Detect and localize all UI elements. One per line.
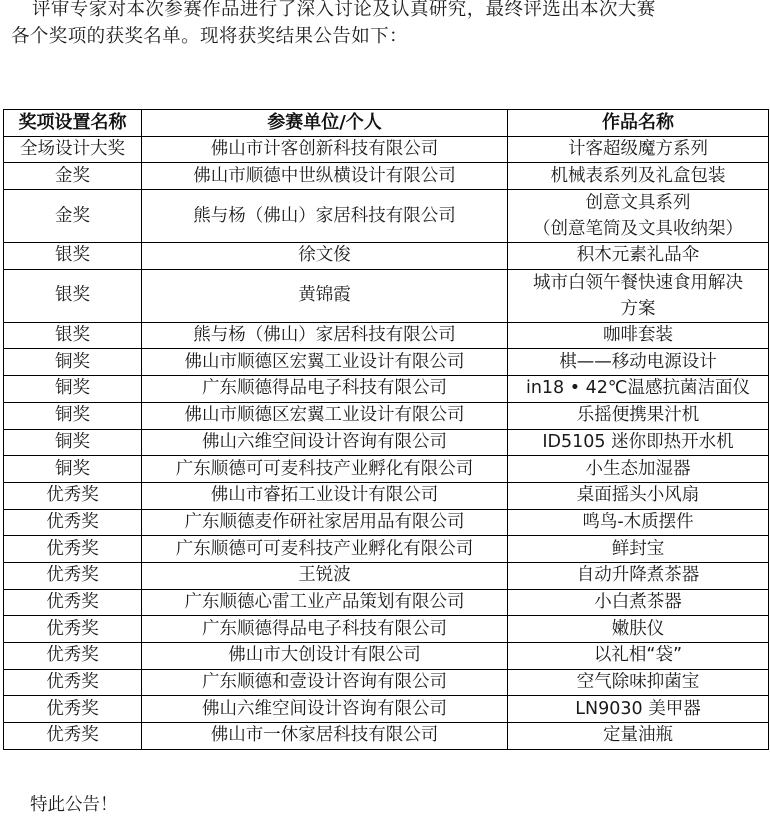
work-cell: 空气除味抑菌宝 bbox=[508, 669, 769, 696]
table-row: 银奖 熊与杨（佛山）家居科技有限公司 咖啡套装 bbox=[4, 322, 769, 349]
work-cell: 嫩肤仪 bbox=[508, 616, 769, 643]
award-cell: 铜奖 bbox=[4, 402, 142, 429]
table-row: 优秀奖 广东顺德可可麦科技产业孵化有限公司 鲜封宝 bbox=[4, 536, 769, 563]
entrant-cell: 佛山市计客创新科技有限公司 bbox=[142, 136, 508, 163]
work-cell: 定量油瓶 bbox=[508, 723, 769, 750]
award-cell: 铜奖 bbox=[4, 349, 142, 376]
entrant-cell: 熊与杨（佛山）家居科技有限公司 bbox=[142, 190, 508, 243]
work-cell: 小生态加湿器 bbox=[508, 456, 769, 483]
awards-table: 奖项设置名称 参赛单位/个人 作品名称 全场设计大奖 佛山市计客创新科技有限公司… bbox=[3, 109, 769, 750]
entrant-cell: 佛山市睿拓工业设计有限公司 bbox=[142, 482, 508, 509]
entrant-cell: 广东顺德心雷工业产品策划有限公司 bbox=[142, 589, 508, 616]
table-row: 优秀奖 王锐波 自动升降煮茶器 bbox=[4, 562, 769, 589]
table-row: 优秀奖 广东顺德麦作研社家居用品有限公司 鸣鸟-木质摆件 bbox=[4, 509, 769, 536]
entrant-cell: 佛山六维空间设计咨询有限公司 bbox=[142, 696, 508, 723]
award-cell: 优秀奖 bbox=[4, 643, 142, 670]
table-row: 铜奖 广东顺德可可麦科技产业孵化有限公司 小生态加湿器 bbox=[4, 456, 769, 483]
entrant-cell: 佛山六维空间设计咨询有限公司 bbox=[142, 429, 508, 456]
work-line-1: 创意文具系列 bbox=[510, 190, 766, 216]
table-row: 全场设计大奖 佛山市计客创新科技有限公司 计客超级魔方系列 bbox=[4, 136, 769, 163]
entrant-cell: 王锐波 bbox=[142, 562, 508, 589]
entrant-cell: 广东顺德得品电子科技有限公司 bbox=[142, 616, 508, 643]
work-cell: 以礼相“袋” bbox=[508, 643, 769, 670]
award-cell: 铜奖 bbox=[4, 429, 142, 456]
award-cell: 优秀奖 bbox=[4, 616, 142, 643]
work-line-1: 城市白领午餐快速食用解决 bbox=[510, 270, 766, 296]
award-cell: 银奖 bbox=[4, 322, 142, 349]
work-line-2: （创意笔筒及文具收纳架） bbox=[510, 216, 766, 242]
work-cell: 自动升降煮茶器 bbox=[508, 562, 769, 589]
award-cell: 铜奖 bbox=[4, 456, 142, 483]
work-cell: 咖啡套装 bbox=[508, 322, 769, 349]
entrant-cell: 佛山市大创设计有限公司 bbox=[142, 643, 508, 670]
table-row: 优秀奖 广东顺德得品电子科技有限公司 嫩肤仪 bbox=[4, 616, 769, 643]
entrant-cell: 广东顺德可可麦科技产业孵化有限公司 bbox=[142, 536, 508, 563]
work-cell: 创意文具系列 （创意笔筒及文具收纳架） bbox=[508, 190, 769, 243]
entrant-cell: 广东顺德麦作研社家居用品有限公司 bbox=[142, 509, 508, 536]
work-cell: 城市白领午餐快速食用解决 方案 bbox=[508, 269, 769, 322]
entrant-cell: 熊与杨（佛山）家居科技有限公司 bbox=[142, 322, 508, 349]
work-cell: LN9030 美甲器 bbox=[508, 696, 769, 723]
work-cell: 小白煮茶器 bbox=[508, 589, 769, 616]
table-header-row: 奖项设置名称 参赛单位/个人 作品名称 bbox=[4, 110, 769, 137]
award-cell: 金奖 bbox=[4, 163, 142, 190]
entrant-cell: 佛山市顺德区宏翼工业设计有限公司 bbox=[142, 349, 508, 376]
table-row: 优秀奖 佛山六维空间设计咨询有限公司 LN9030 美甲器 bbox=[4, 696, 769, 723]
work-cell: 积木元素礼品伞 bbox=[508, 243, 769, 270]
entrant-cell: 黄锦霞 bbox=[142, 269, 508, 322]
table-row: 优秀奖 佛山市睿拓工业设计有限公司 桌面摇头小风扇 bbox=[4, 482, 769, 509]
entrant-cell: 佛山市顺德区宏翼工业设计有限公司 bbox=[142, 402, 508, 429]
work-cell: 鲜封宝 bbox=[508, 536, 769, 563]
award-cell: 铜奖 bbox=[4, 376, 142, 403]
work-cell: 棋——移动电源设计 bbox=[508, 349, 769, 376]
award-cell: 银奖 bbox=[4, 269, 142, 322]
award-cell: 优秀奖 bbox=[4, 562, 142, 589]
entrant-cell: 徐文俊 bbox=[142, 243, 508, 270]
award-cell: 优秀奖 bbox=[4, 509, 142, 536]
work-cell: 机械表系列及礼盒包装 bbox=[508, 163, 769, 190]
header-entrant: 参赛单位/个人 bbox=[142, 110, 508, 137]
table-row: 优秀奖 佛山市大创设计有限公司 以礼相“袋” bbox=[4, 643, 769, 670]
table-row: 银奖 黄锦霞 城市白领午餐快速食用解决 方案 bbox=[4, 269, 769, 322]
table-row: 优秀奖 佛山市一休家居科技有限公司 定量油瓶 bbox=[4, 723, 769, 750]
award-cell: 优秀奖 bbox=[4, 589, 142, 616]
entrant-cell: 广东顺德可可麦科技产业孵化有限公司 bbox=[142, 456, 508, 483]
closing-statement: 特此公告！ bbox=[30, 794, 118, 816]
entrant-cell: 广东顺德和壹设计咨询有限公司 bbox=[142, 669, 508, 696]
intro-line-2: 各个奖项的获奖名单。现将获奖结果公告如下： bbox=[11, 23, 408, 50]
entrant-cell: 佛山市一休家居科技有限公司 bbox=[142, 723, 508, 750]
entrant-cell: 广东顺德得品电子科技有限公司 bbox=[142, 376, 508, 403]
header-work-title: 作品名称 bbox=[508, 110, 769, 137]
work-cell: ID5105 迷你即热开水机 bbox=[508, 429, 769, 456]
award-cell: 银奖 bbox=[4, 243, 142, 270]
award-cell: 优秀奖 bbox=[4, 669, 142, 696]
intro-line-1: 评审专家对本次参赛作品进行了深入讨论及认真研究，最终评选出本次大赛 bbox=[32, 0, 656, 23]
work-line-2: 方案 bbox=[510, 296, 766, 322]
award-cell: 金奖 bbox=[4, 190, 142, 243]
work-cell: 计客超级魔方系列 bbox=[508, 136, 769, 163]
table-row: 优秀奖 广东顺德心雷工业产品策划有限公司 小白煮茶器 bbox=[4, 589, 769, 616]
work-cell: 桌面摇头小风扇 bbox=[508, 482, 769, 509]
table-row: 铜奖 佛山市顺德区宏翼工业设计有限公司 乐摇便携果汁机 bbox=[4, 402, 769, 429]
work-cell: 鸣鸟-木质摆件 bbox=[508, 509, 769, 536]
award-cell: 优秀奖 bbox=[4, 696, 142, 723]
table-row: 金奖 佛山市顺德中世纵横设计有限公司 机械表系列及礼盒包装 bbox=[4, 163, 769, 190]
award-cell: 优秀奖 bbox=[4, 723, 142, 750]
table-row: 金奖 熊与杨（佛山）家居科技有限公司 创意文具系列 （创意笔筒及文具收纳架） bbox=[4, 190, 769, 243]
table-row: 优秀奖 广东顺德和壹设计咨询有限公司 空气除味抑菌宝 bbox=[4, 669, 769, 696]
award-cell: 全场设计大奖 bbox=[4, 136, 142, 163]
work-cell: in18 • 42℃温感抗菌洁面仪 bbox=[508, 376, 769, 403]
header-award-category: 奖项设置名称 bbox=[4, 110, 142, 137]
work-cell: 乐摇便携果汁机 bbox=[508, 402, 769, 429]
table-row: 铜奖 佛山市顺德区宏翼工业设计有限公司 棋——移动电源设计 bbox=[4, 349, 769, 376]
table-row: 铜奖 广东顺德得品电子科技有限公司 in18 • 42℃温感抗菌洁面仪 bbox=[4, 376, 769, 403]
award-cell: 优秀奖 bbox=[4, 482, 142, 509]
award-cell: 优秀奖 bbox=[4, 536, 142, 563]
entrant-cell: 佛山市顺德中世纵横设计有限公司 bbox=[142, 163, 508, 190]
table-row: 铜奖 佛山六维空间设计咨询有限公司 ID5105 迷你即热开水机 bbox=[4, 429, 769, 456]
table-row: 银奖 徐文俊 积木元素礼品伞 bbox=[4, 243, 769, 270]
